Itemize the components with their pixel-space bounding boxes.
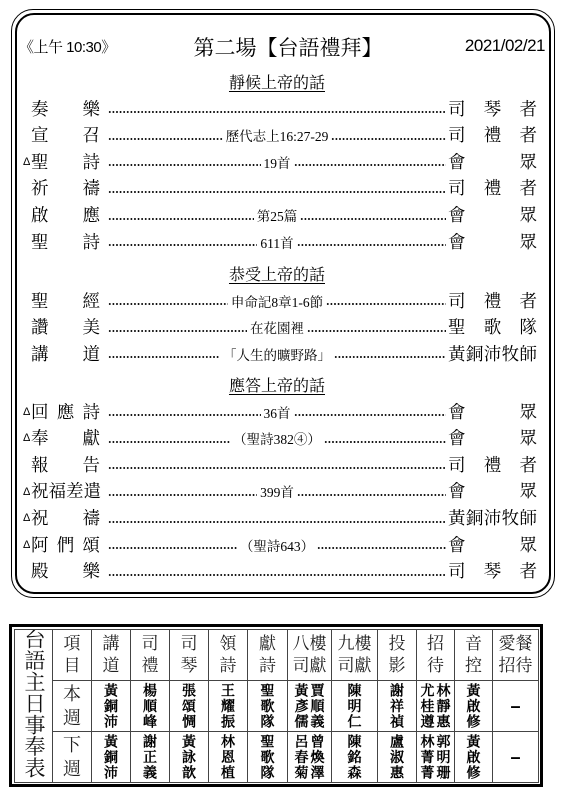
section-heading-text: 靜候上帝的話 [229, 75, 325, 92]
header-line: 領 [220, 633, 237, 655]
item-detail: 399首 [257, 486, 297, 500]
person-name: 王耀振 [221, 683, 235, 730]
dot-leader [108, 559, 446, 586]
item-detail: 在花園裡 [247, 322, 307, 336]
person-name: 曾煥澤 [311, 734, 325, 781]
item-label: 聖 詩 [31, 234, 100, 252]
person-name: 林恩植 [221, 734, 235, 781]
dot-leader: 歷代志上16:27-29 [108, 123, 446, 150]
roster-cell: 王耀振 [209, 681, 248, 732]
roster-cell: 黃啟修 [455, 681, 493, 732]
participation-marker-icon: Δ [23, 433, 31, 444]
header-line: 九樓 [338, 633, 372, 655]
empty-dash: – [510, 696, 520, 717]
dots [294, 413, 447, 417]
empty-dash: – [510, 747, 520, 768]
item-detail: 19首 [261, 157, 294, 171]
person-name: 聖歌隊 [261, 734, 275, 781]
dots [317, 546, 446, 550]
dot-leader: 「人生的曠野路」 [108, 341, 446, 368]
item-role: 黃銅沛牧師 [448, 510, 537, 528]
roster-cell: – [493, 681, 539, 732]
roster-title-cell: 台語主日事奉表 [15, 630, 53, 783]
roster-row-this-week: 本週 黃銅沛 楊順峰 張頌惆 王耀振 聖歌隊 黃彥儒賈順義 陳明仁 謝祥禎 尤桂… [15, 681, 539, 732]
item-detail: 36首 [261, 407, 294, 421]
item-role: 會 眾 [448, 234, 537, 252]
person-name: 謝祥禎 [390, 683, 404, 730]
dots [108, 137, 223, 141]
person-name: 林菁菁 [421, 734, 435, 781]
dots [300, 217, 446, 221]
worship-item: 殿 樂 司 琴 者 [23, 559, 537, 586]
item-label: 祝福差遣 [31, 483, 100, 501]
dots [108, 466, 277, 470]
header-line: 待 [427, 655, 444, 677]
header-line: 講 [103, 633, 120, 655]
row-label-line: 週 [63, 708, 81, 728]
dots [277, 190, 446, 194]
dot-leader: 19首 [108, 149, 446, 176]
item-role: 聖 歌 隊 [448, 319, 537, 337]
item-label: 祝 禱 [31, 510, 100, 528]
row-label: 本週 [53, 681, 92, 732]
dot-leader: 在花園裡 [108, 315, 446, 342]
roster-cell: 黃彥儒賈順義 [288, 681, 332, 732]
header-line: 司 [181, 633, 198, 655]
person-name: 呂春菊 [295, 734, 309, 781]
service-time: 《上午 10:30》 [19, 36, 116, 57]
header-line: 愛餐 [499, 633, 533, 655]
item-detail: 611首 [257, 237, 296, 251]
dots [108, 355, 220, 359]
section-heading: 恭受上帝的話 [108, 263, 446, 288]
service-title: 第二場【台語禮拜】 [150, 32, 426, 62]
dots [331, 137, 446, 141]
worship-item: 宣 召 歷代志上16:27-29 司 禮 者 [23, 123, 537, 150]
dot-leader: 611首 [108, 229, 446, 256]
roster-cell: 盧淑惠 [378, 732, 417, 783]
roster-cell: 聖歌隊 [248, 681, 288, 732]
dots [108, 329, 247, 333]
row-label-line: 下 [63, 735, 81, 755]
header-line: 投 [389, 633, 406, 655]
dots [326, 302, 446, 306]
item-label: 阿 們 頌 [31, 537, 100, 555]
dots [108, 413, 261, 417]
dot-leader: （聖詩643） [108, 532, 446, 559]
dots [277, 520, 446, 524]
roster-cell: 林菁菁郭明珊 [417, 732, 455, 783]
roster-cell: 謝祥禎 [378, 681, 417, 732]
dots [324, 440, 446, 444]
item-role: 司 琴 者 [448, 563, 537, 581]
dots [108, 493, 257, 497]
person-name: 黃啟修 [467, 683, 481, 730]
section-receiving-word: 恭受上帝的話 聖 經 申命記8章1-6節 司 禮 者 讚 美 在花園裡 聖 歌 … [23, 263, 537, 368]
worship-item: 講 道 「人生的曠野路」 黃銅沛牧師 [23, 341, 537, 368]
item-role: 司 禮 者 [448, 293, 537, 311]
person-name: 郭明珊 [437, 734, 451, 781]
column-header: 司琴 [170, 630, 209, 681]
section-heading: 靜候上帝的話 [108, 71, 446, 96]
participation-marker-icon: Δ [23, 157, 31, 168]
item-detail: 第25篇 [254, 210, 301, 224]
item-detail: 「人生的曠野路」 [220, 349, 334, 363]
service-date: 2021/02/21 [465, 36, 545, 56]
dot-leader [108, 96, 446, 123]
roster-row-next-week: 下週 黃銅沛 謝正義 黃詠歆 林恩植 聖歌隊 呂春菊曾煥澤 陳銘森 盧淑惠 林菁… [15, 732, 539, 783]
dots [297, 243, 446, 247]
header-line: 控 [465, 655, 482, 677]
roster-cell: 楊順峰 [131, 681, 170, 732]
dot-leader: 第25篇 [108, 202, 446, 229]
column-header: 招待 [417, 630, 455, 681]
item-label: 回 應 詩 [31, 404, 100, 422]
header-line: 目 [64, 655, 81, 677]
person-name: 黃詠歆 [182, 734, 196, 781]
item-label: 聖 經 [31, 293, 100, 311]
item-role: 會 眾 [448, 404, 537, 422]
item-label: 宣 召 [31, 127, 100, 145]
worship-item: Δ 阿 們 頌 （聖詩643） 會 眾 [23, 532, 537, 559]
header-line: 道 [103, 655, 120, 677]
dots [108, 302, 228, 306]
column-header: 音控 [455, 630, 493, 681]
worship-item: 報 告 司 禮 者 [23, 452, 537, 479]
column-header: 九樓司獻 [332, 630, 378, 681]
person-name: 陳銘森 [348, 734, 362, 781]
item-detail: （聖詩643） [237, 540, 317, 554]
dots [297, 493, 446, 497]
item-label: 祈 禱 [31, 180, 100, 198]
roster-cell: 黃詠歆 [170, 732, 209, 783]
item-role: 會 眾 [448, 154, 537, 172]
person-name: 張頌惆 [182, 683, 196, 730]
roster-cell: 黃銅沛 [92, 681, 131, 732]
person-name: 黃彥儒 [295, 683, 309, 730]
duty-roster-table: 台語主日事奉表 項目 講道 司禮 司琴 領詩 獻詩 八樓司獻 九樓司獻 投影 招… [14, 629, 539, 783]
roster-cell: 林恩植 [209, 732, 248, 783]
person-name: 盧淑惠 [390, 734, 404, 781]
column-header: 愛餐招待 [493, 630, 539, 681]
dots [108, 520, 277, 524]
worship-item: 祈 禱 司 禮 者 [23, 176, 537, 203]
dots [277, 110, 446, 114]
roster-title: 台語主日事奉表 [23, 630, 44, 779]
header-line: 禮 [142, 655, 159, 677]
roster-cell: 謝正義 [131, 732, 170, 783]
section-responding-to-word: 應答上帝的話 Δ 回 應 詩 36首 會 眾 Δ 奉 獻 （聖詩382④） 會 … [23, 374, 537, 585]
dot-leader: 36首 [108, 399, 446, 426]
person-name: 黃銅沛 [104, 683, 118, 730]
row-label-line: 週 [63, 759, 81, 779]
item-detail: 申命記8章1-6節 [228, 296, 326, 310]
header-line: 司獻 [293, 655, 327, 677]
row-label-line: 本 [63, 684, 81, 704]
item-detail: （聖詩382④） [230, 433, 324, 447]
dot-leader: 申命記8章1-6節 [108, 288, 446, 315]
section-waiting-for-word: 靜候上帝的話 奏 樂 司 琴 者 宣 召 歷代志上16:27-29 司 禮 者 … [23, 71, 537, 256]
header-line: 獻 [259, 633, 276, 655]
roster-cell: 尤桂遵林靜惠 [417, 681, 455, 732]
roster-cell: 呂春菊曾煥澤 [288, 732, 332, 783]
section-heading-text: 應答上帝的話 [229, 378, 325, 395]
item-detail: 歷代志上16:27-29 [223, 130, 332, 144]
participation-marker-icon: Δ [23, 540, 31, 551]
item-role: 司 琴 者 [448, 101, 537, 119]
header-line: 司獻 [338, 655, 372, 677]
duty-roster: 台語主日事奉表 項目 講道 司禮 司琴 領詩 獻詩 八樓司獻 九樓司獻 投影 招… [9, 624, 543, 787]
header-line: 招 [427, 633, 444, 655]
item-label: 奏 樂 [31, 101, 100, 119]
item-label: 啟 應 [31, 207, 100, 225]
header-line: 影 [389, 655, 406, 677]
person-name: 聖歌隊 [261, 683, 275, 730]
person-name: 賈順義 [311, 683, 325, 730]
header-line: 項 [64, 633, 81, 655]
dots [108, 440, 230, 444]
item-label: 聖 詩 [31, 154, 100, 172]
roster-cell: – [493, 732, 539, 783]
participation-marker-icon: Δ [23, 407, 31, 418]
item-label: 殿 樂 [31, 563, 100, 581]
section-heading: 應答上帝的話 [108, 374, 446, 399]
worship-item: 聖 經 申命記8章1-6節 司 禮 者 [23, 288, 537, 315]
item-label: 讚 美 [31, 319, 100, 337]
person-name: 楊順峰 [143, 683, 157, 730]
dots [108, 110, 277, 114]
header-line: 招待 [499, 655, 533, 677]
dots [108, 190, 277, 194]
dots [277, 573, 446, 577]
dot-leader: （聖詩382④） [108, 426, 446, 453]
column-header: 投影 [378, 630, 417, 681]
item-label: 奉 獻 [31, 430, 100, 448]
worship-item: 啟 應 第25篇 會 眾 [23, 202, 537, 229]
dots [108, 163, 261, 167]
worship-item: Δ 祝 禱 黃銅沛牧師 [23, 505, 537, 532]
column-header: 講道 [92, 630, 131, 681]
item-role: 司 禮 者 [448, 180, 537, 198]
item-role: 黃銅沛牧師 [448, 346, 537, 364]
header-line: 詩 [220, 655, 237, 677]
worship-item: 聖 詩 611首 會 眾 [23, 229, 537, 256]
dots [334, 355, 446, 359]
item-role: 會 眾 [448, 207, 537, 225]
dots [108, 573, 277, 577]
dots [277, 466, 446, 470]
roster-cell: 黃銅沛 [92, 732, 131, 783]
item-label: 報 告 [31, 457, 100, 475]
person-name: 尤桂遵 [421, 683, 435, 730]
item-role: 司 禮 者 [448, 127, 537, 145]
worship-item: Δ 奉 獻 （聖詩382④） 會 眾 [23, 426, 537, 453]
dots [108, 243, 257, 247]
roster-cell: 張頌惆 [170, 681, 209, 732]
participation-marker-icon: Δ [23, 487, 31, 498]
column-header: 項目 [53, 630, 92, 681]
roster-cell: 聖歌隊 [248, 732, 288, 783]
column-header: 司禮 [131, 630, 170, 681]
dots [108, 217, 254, 221]
person-name: 陳明仁 [348, 683, 362, 730]
person-name: 黃銅沛 [104, 734, 118, 781]
header-line: 詩 [259, 655, 276, 677]
roster-cell: 陳銘森 [332, 732, 378, 783]
worship-item: Δ 祝福差遣 399首 會 眾 [23, 479, 537, 506]
person-name: 謝正義 [143, 734, 157, 781]
roster-cell: 陳明仁 [332, 681, 378, 732]
roster-cell: 黃啟修 [455, 732, 493, 783]
header-line: 琴 [181, 655, 198, 677]
worship-item: 奏 樂 司 琴 者 [23, 96, 537, 123]
worship-item: Δ 回 應 詩 36首 會 眾 [23, 399, 537, 426]
header-line: 八樓 [293, 633, 327, 655]
column-header: 獻詩 [248, 630, 288, 681]
bulletin-page: 《上午 10:30》 第二場【台語禮拜】 2021/02/21 靜候上帝的話 奏… [0, 0, 564, 794]
dot-leader [108, 505, 446, 532]
dot-leader [108, 176, 446, 203]
dots [307, 329, 446, 333]
dot-leader: 399首 [108, 479, 446, 506]
worship-item: 讚 美 在花園裡 聖 歌 隊 [23, 315, 537, 342]
header-line: 音 [465, 633, 482, 655]
item-role: 司 禮 者 [448, 457, 537, 475]
item-role: 會 眾 [448, 483, 537, 501]
person-name: 林靜惠 [437, 683, 451, 730]
worship-item: Δ 聖 詩 19首 會 眾 [23, 149, 537, 176]
column-header: 領詩 [209, 630, 248, 681]
roster-header-row: 台語主日事奉表 項目 講道 司禮 司琴 領詩 獻詩 八樓司獻 九樓司獻 投影 招… [15, 630, 539, 681]
dot-leader [108, 452, 446, 479]
row-label: 下週 [53, 732, 92, 783]
dots [108, 546, 237, 550]
dots [294, 163, 447, 167]
participation-marker-icon: Δ [23, 513, 31, 524]
item-role: 會 眾 [448, 430, 537, 448]
item-label: 講 道 [31, 346, 100, 364]
person-name: 黃啟修 [467, 734, 481, 781]
column-header: 八樓司獻 [288, 630, 332, 681]
item-role: 會 眾 [448, 537, 537, 555]
section-heading-text: 恭受上帝的話 [229, 267, 325, 284]
header-line: 司 [142, 633, 159, 655]
